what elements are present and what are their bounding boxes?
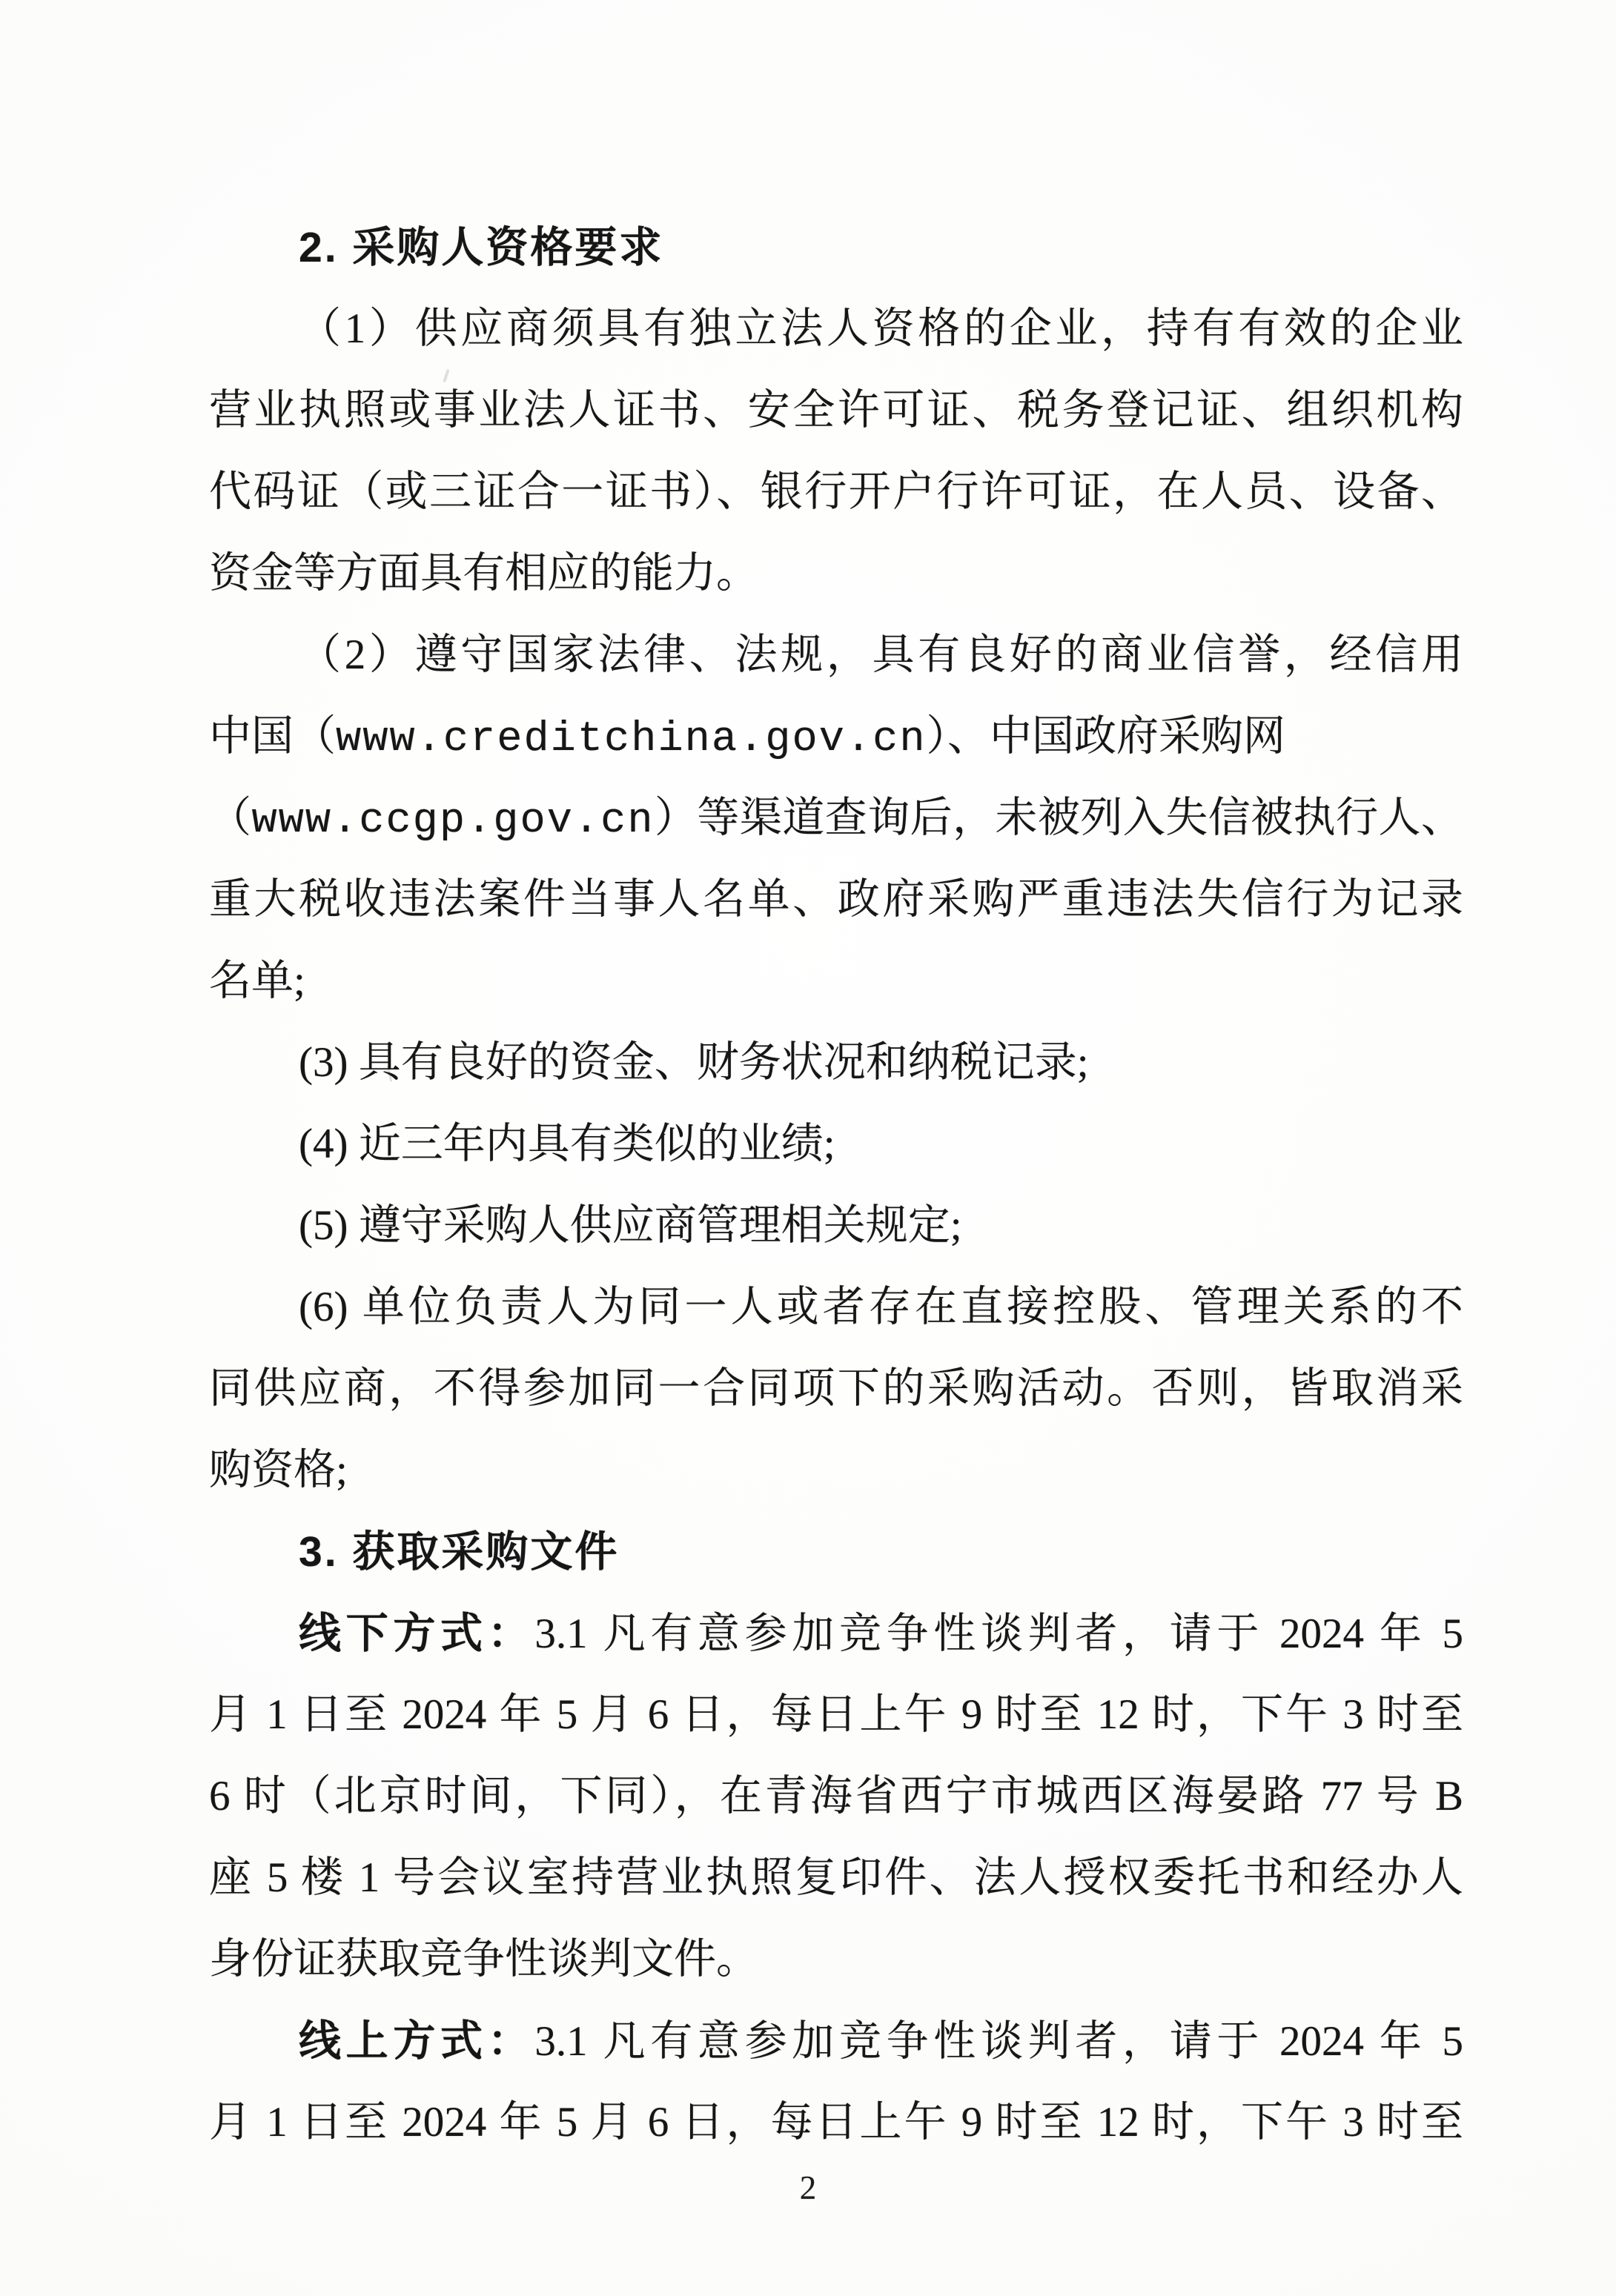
para-qualification-2-line-5: 名单; [209,940,1463,1022]
online-method-label: 线上方式： [299,2017,534,2065]
para-qualification-3: (3) 具有良好的资金、财务状况和纳税记录; [209,1022,1463,1104]
page-number: 2 [0,2166,1616,2210]
para-qualification-6-line-3: 购资格; [209,1430,1463,1511]
para-offline-method-line-4: 座 5 楼 1 号会议室持营业执照复印件、法人授权委托书和经办人 [209,1837,1463,1919]
para-qualification-2-line-3: （www.ccgp.gov.cn）等渠道查询后，未被列入失信被执行人、 [209,777,1463,859]
para-offline-method-line-2: 月 1 日至 2024 年 5 月 6 日，每日上午 9 时至 12 时，下午 … [209,1674,1463,1756]
para-offline-method-line-1: 线下方式：3.1 凡有意参加竞争性谈判者，请于 2024 年 5 [209,1593,1463,1674]
para-qualification-6-line-1: (6) 单位负责人为同一人或者存在直接控股、管理关系的不 [209,1267,1463,1348]
para-qualification-6-line-2: 同供应商，不得参加同一合同项下的采购活动。否则，皆取消采 [209,1348,1463,1430]
offline-method-text: 3.1 凡有意参加竞争性谈判者，请于 2024 年 5 [534,1610,1463,1657]
creditchina-url-text: www.creditchina.gov.cn [336,716,927,763]
para-offline-method-line-5: 身份证获取竞争性谈判文件。 [209,1919,1463,2000]
creditchina-pre-text: 中国（ [209,713,336,760]
offline-method-label: 线下方式： [299,1610,534,1657]
para-qualification-1-line-2: 营业执照或事业法人证书、安全许可证、税务登记证、组织机构 [209,370,1463,451]
section-heading-purchaser-qualification: 2. 采购人资格要求 [209,207,1463,288]
para-online-method-line-1: 线上方式：3.1 凡有意参加竞争性谈判者，请于 2024 年 5 [209,2000,1463,2082]
para-qualification-2-line-4: 重大税收违法案件当事人名单、政府采购严重违法失信行为记录 [209,859,1463,940]
para-qualification-1-line-1: （1）供应商须具有独立法人资格的企业，持有有效的企业 [209,288,1463,370]
section-heading-obtain-documents: 3. 获取采购文件 [209,1511,1463,1593]
ccgp-post-text: ）等渠道查询后，未被列入失信被执行人、 [655,794,1463,841]
ccgp-url-text: www.ccgp.gov.cn [251,797,654,845]
ccgp-pre-text: （ [209,794,251,841]
scanned-document-page: 2. 采购人资格要求 （1）供应商须具有独立法人资格的企业，持有有效的企业 营业… [0,0,1616,2296]
para-qualification-2-line-1: （2）遵守国家法律、法规，具有良好的商业信誉，经信用 [209,614,1463,696]
para-online-method-line-2: 月 1 日至 2024 年 5 月 6 日，每日上午 9 时至 12 时，下午 … [209,2082,1463,2163]
online-method-text: 3.1 凡有意参加竞争性谈判者，请于 2024 年 5 [534,2018,1463,2065]
para-qualification-2-line-2: 中国（www.creditchina.gov.cn）、中国政府采购网 [209,696,1463,777]
para-qualification-5: (5) 遵守采购人供应商管理相关规定; [209,1185,1463,1267]
para-qualification-4: (4) 近三年内具有类似的业绩; [209,1104,1463,1185]
creditchina-post-text: ）、中国政府采购网 [927,713,1286,760]
para-qualification-1-line-3: 代码证（或三证合一证书）、银行开户行许可证，在人员、设备、 [209,451,1463,533]
document-text-block: 2. 采购人资格要求 （1）供应商须具有独立法人资格的企业，持有有效的企业 营业… [209,207,1463,2163]
para-qualification-1-line-4: 资金等方面具有相应的能力。 [209,533,1463,614]
para-offline-method-line-3: 6 时（北京时间，下同），在青海省西宁市城西区海晏路 77 号 B [209,1756,1463,1837]
